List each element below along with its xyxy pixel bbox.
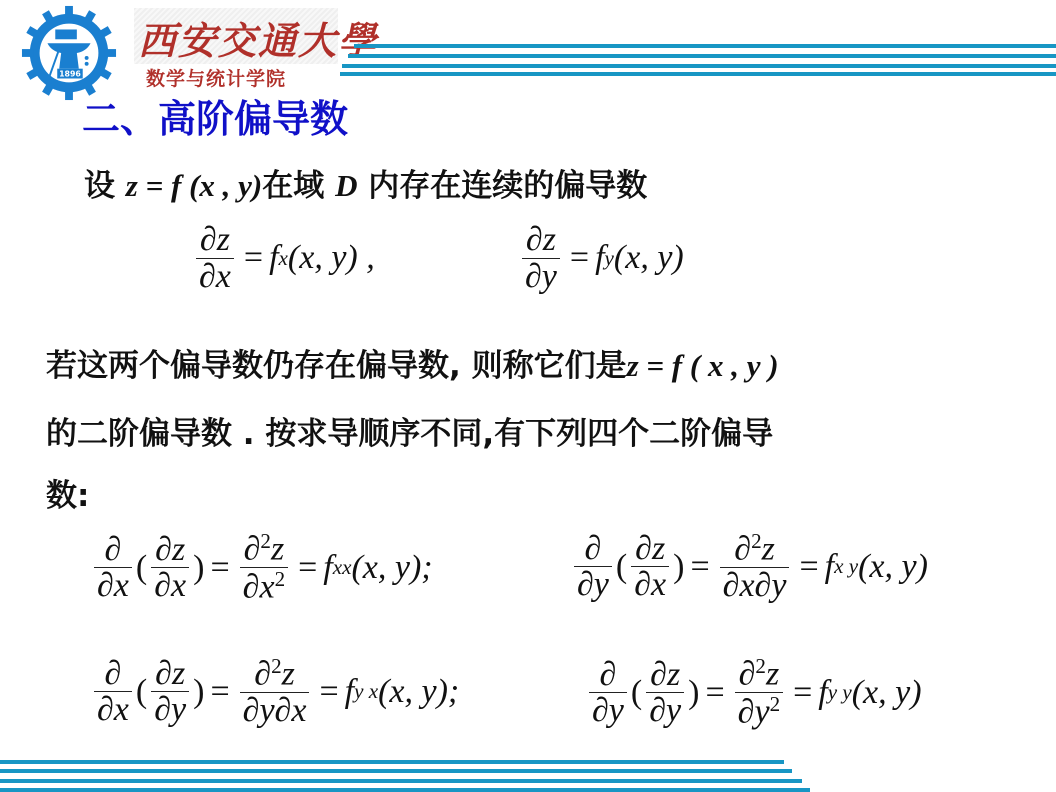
- paragraph-line-3: 数:: [46, 470, 89, 515]
- paragraph-line-2: 的二阶偏导数 . 按求导顺序不同,有下列四个二阶偏导: [46, 408, 773, 453]
- intro-suffix: 内存在连续的偏导数: [357, 168, 647, 204]
- second-partial-xx: ∂∂x (∂z∂x) = ∂2z∂x2 = fxx(x, y);: [90, 530, 433, 606]
- university-name: 西安交通大學: [138, 10, 378, 65]
- intro-line: 设 z = f (x , y)在域 D 内存在连续的偏导数: [84, 160, 647, 205]
- first-partial-y: ∂z∂y = fy(x, y): [518, 222, 684, 294]
- intro-prefix: 设: [84, 168, 126, 204]
- second-partial-xy: ∂∂y (∂z∂x) = ∂2z∂x∂y = fx y(x, y): [570, 530, 928, 604]
- school-name: 数学与统计学院: [146, 64, 286, 91]
- first-partial-x: ∂z∂x = fx(x, y) ,: [192, 222, 375, 294]
- paragraph-line-1: 若这两个偏导数仍存在偏导数, 则称它们是z = f ( x , y ): [46, 340, 779, 385]
- function-expression: z = f (x , y): [126, 168, 262, 203]
- slide-title: 二、高阶偏导数: [82, 88, 348, 143]
- second-partial-yx: ∂∂x (∂z∂y) = ∂2z∂y∂x = fy x(x, y);: [90, 655, 459, 729]
- function-expression: z = f ( x , y ): [627, 348, 779, 383]
- second-partial-yy: ∂∂y (∂z∂y) = ∂2z∂y2 = fy y(x, y): [585, 655, 922, 731]
- domain-symbol: D: [335, 168, 357, 203]
- intro-middle: 在域: [262, 168, 335, 204]
- svg-text:1896: 1896: [59, 70, 81, 79]
